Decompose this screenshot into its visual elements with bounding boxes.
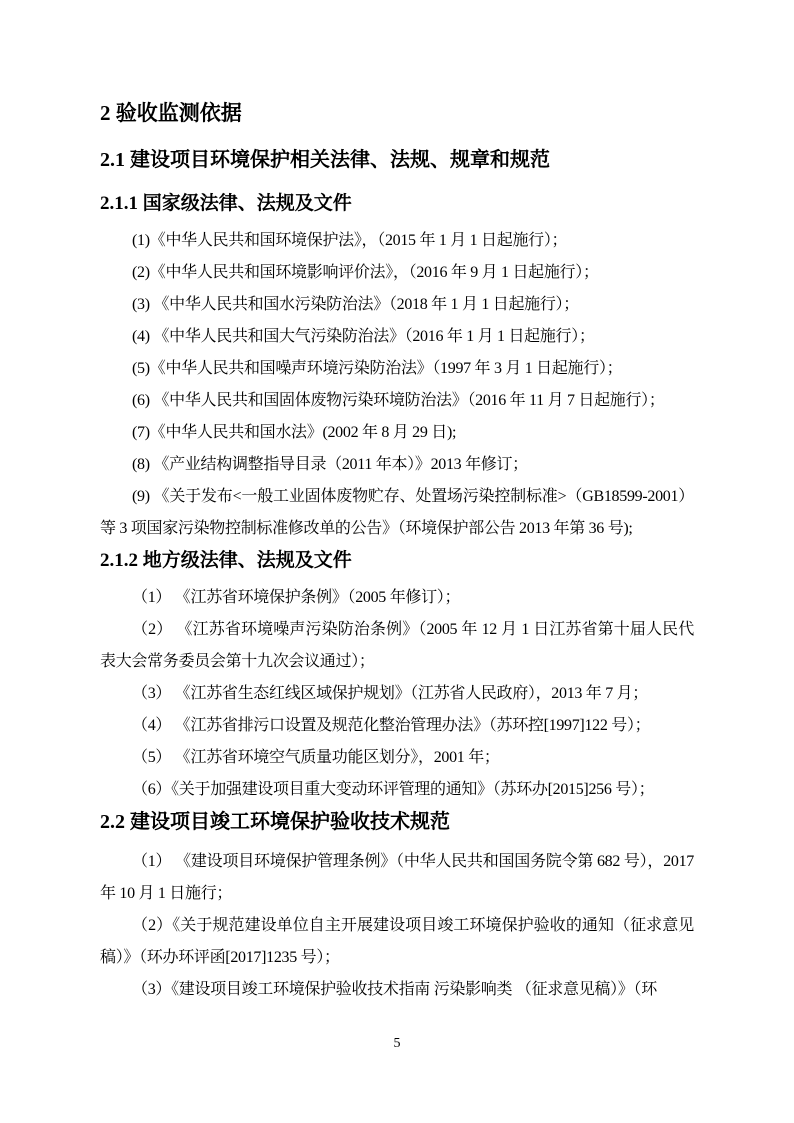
list-item: (7)《中华人民共和国水法》(2002 年 8 月 29 日); [100, 417, 694, 449]
list-item: （1） 《建设项目环境保护管理条例》（中华人民共和国国务院令第 682 号），2… [100, 846, 694, 910]
chapter-heading: 2 验收监测依据 [100, 98, 694, 128]
list-item: （1） 《江苏省环境保护条例》（2005 年修订）； [100, 582, 694, 614]
section-2-1-heading: 2.1 建设项目环境保护相关法律、法规、规章和规范 [100, 146, 694, 174]
page-number: 5 [0, 1035, 794, 1053]
list-item: (8) 《产业结构调整指导目录（2011 年本）》2013 年修订； [100, 449, 694, 481]
list-item: (2)《中华人民共和国环境影响评价法》，（2016 年 9 月 1 日起施行）； [100, 257, 694, 289]
list-item: （4） 《江苏省排污口设置及规范化整治管理办法》（苏环控[1997]122 号）… [100, 710, 694, 742]
list-item: (5)《中华人民共和国噪声环境污染防治法》（1997 年 3 月 1 日起施行）… [100, 353, 694, 385]
document-page: 2 验收监测依据 2.1 建设项目环境保护相关法律、法规、规章和规范 2.1.1… [0, 0, 794, 1123]
list-item: （2） 《江苏省环境噪声污染防治条例》（2005 年 12 月 1 日江苏省第十… [100, 614, 694, 678]
list-item: （5） 《江苏省环境空气质量功能区划分》，2001 年； [100, 742, 694, 774]
list-item: （2）《关于规范建设单位自主开展建设项目竣工环境保护验收的通知（征求意见稿）》（… [100, 910, 694, 974]
list-item: (3) 《中华人民共和国水污染防治法》（2018 年 1 月 1 日起施行）； [100, 289, 694, 321]
subsection-2-1-2-heading: 2.1.2 地方级法律、法规及文件 [100, 547, 694, 574]
list-item: (4) 《中华人民共和国大气污染防治法》（2016 年 1 月 1 日起施行）； [100, 321, 694, 353]
list-item: （3） 《江苏省生态红线区域保护规划》（江苏省人民政府），2013 年 7 月； [100, 678, 694, 710]
list-item: (9) 《关于发布<一般工业固体废物贮存、处置场污染控制标准>（GB18599-… [100, 481, 694, 545]
list-item: (1)《中华人民共和国环境保护法》，（2015 年 1 月 1 日起施行）； [100, 225, 694, 257]
list-item: (6) 《中华人民共和国固体废物污染环境防治法》（2016 年 11 月 7 日… [100, 385, 694, 417]
list-item: （6）《关于加强建设项目重大变动环评管理的通知》（苏环办[2015]256 号）… [100, 774, 694, 806]
section-2-2-heading: 2.2 建设项目竣工环境保护验收技术规范 [100, 808, 694, 836]
list-item: （3）《建设项目竣工环境保护验收技术指南 污染影响类 （征求意见稿）》（环 [100, 974, 694, 1006]
subsection-2-1-1-heading: 2.1.1 国家级法律、法规及文件 [100, 190, 694, 217]
